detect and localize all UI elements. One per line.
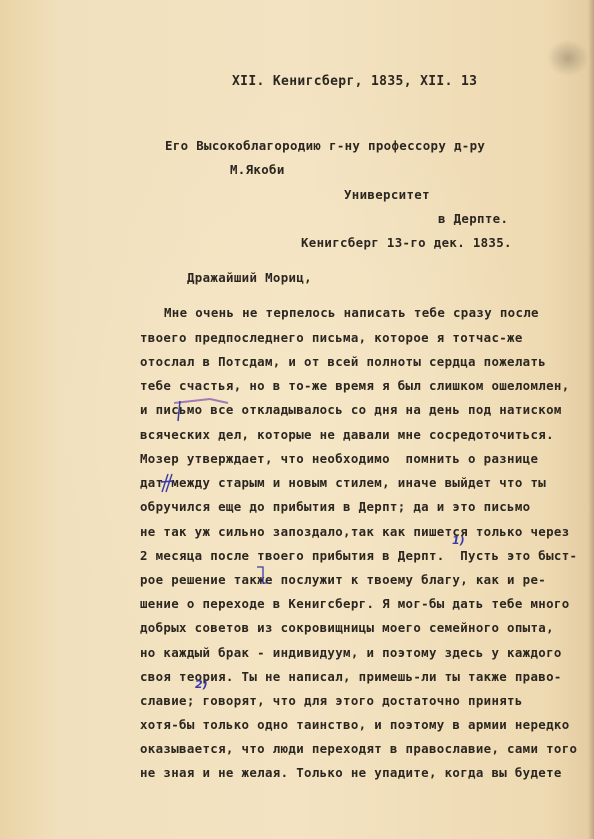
letter-date: Кенигсберг 13-го дек. 1835. (301, 235, 512, 251)
body-line: но каждый брак - индивидуум, и поэтому з… (140, 645, 562, 661)
address-recipient: Его Высокоблагородию г-ну профессору д-р… (165, 138, 485, 154)
page-edge-shadow (588, 0, 594, 839)
body-line: тебе счастья, но в то-же время я был сли… (140, 378, 570, 394)
document-page: XII. Кенигсберг, 1835, XII. 13 Его Высок… (0, 0, 594, 839)
footnote-mark-2: 2) (195, 678, 208, 691)
body-line: не зная и не желая. Только не упадите, к… (140, 765, 562, 781)
address-name: М.Якоби (230, 162, 285, 178)
body-line: Мозер утверждает, что необходимо помнить… (140, 451, 538, 467)
body-line: обручился еще до прибытия в Дерпт; да и … (140, 499, 531, 515)
body-line: 2 месяца после твоего прибытия в Дерпт. … (140, 548, 577, 564)
address-city: в Дерпте. (438, 211, 508, 227)
body-line: Мне очень не терпелось написать тебе сра… (164, 305, 539, 321)
address-institution: Университет (344, 187, 430, 203)
body-line: всяческих дел, которые не давали мне сос… (140, 427, 554, 443)
pen-bracket-mark (254, 565, 268, 585)
body-line: отослал в Потсдам, и от всей полноты сер… (140, 354, 546, 370)
body-line: оказывается, что люди переходят в правос… (140, 741, 577, 757)
salutation: Дражайший Мориц, (187, 270, 312, 286)
body-line: шение о переходе в Кенигсберг. Я мог-бы … (140, 596, 570, 612)
body-line: славие; говорят, что для этого достаточн… (140, 693, 523, 709)
body-line: хотя-бы только одно таинство, и поэтому … (140, 717, 570, 733)
pen-correction-mark (170, 395, 230, 425)
body-line: добрых советов из сокровищницы моего сем… (140, 620, 554, 636)
body-line: рое решение также послужит к твоему благ… (140, 572, 546, 588)
body-line: дат между старым и новым стилем, иначе в… (140, 475, 546, 491)
pen-strike-mark (160, 472, 174, 494)
footnote-mark-1: 1) (452, 534, 465, 547)
body-line: твоего предпоследнего письма, которое я … (140, 330, 523, 346)
letter-heading: XII. Кенигсберг, 1835, XII. 13 (232, 74, 477, 90)
body-line: не так уж сильно запоздало,так как пишет… (140, 524, 570, 540)
